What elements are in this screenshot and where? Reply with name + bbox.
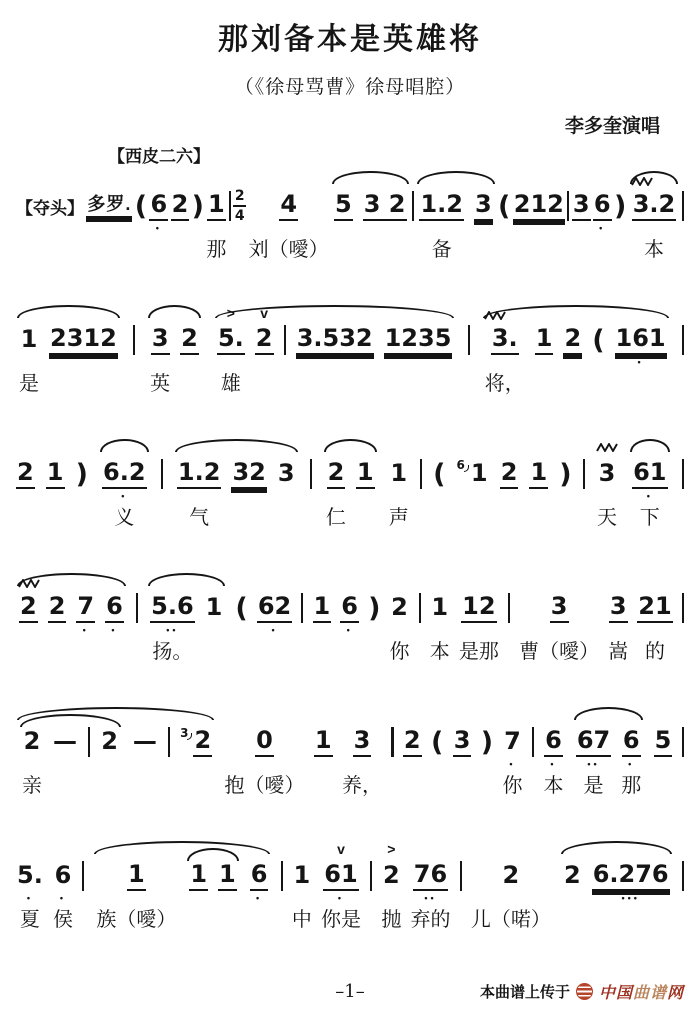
score-element: 3.532 <box>296 323 374 357</box>
note: 2 <box>403 705 422 798</box>
score-element: 6 <box>340 591 359 625</box>
note-digits: 6 <box>250 861 269 892</box>
note: 12是那 <box>459 571 499 664</box>
lyric-text: 是 <box>19 368 39 396</box>
score-element: ) <box>368 595 380 622</box>
score-element: 6 <box>105 591 124 625</box>
note-digits: — <box>132 728 158 757</box>
note: 2 <box>500 437 519 530</box>
barline <box>412 169 414 262</box>
score-element: 2 <box>235 189 245 203</box>
score-element: ( <box>498 193 510 220</box>
score-element <box>468 323 470 357</box>
score-element: 2 <box>502 859 521 893</box>
score-element: 3 <box>609 591 628 625</box>
score-element <box>596 437 618 457</box>
note-group: 11 <box>186 839 239 932</box>
score-element <box>532 725 534 759</box>
barline <box>136 571 138 664</box>
score-element: 6.2 <box>102 457 147 491</box>
score-element: 1 <box>189 859 208 893</box>
score-element: ) <box>614 193 626 220</box>
score-element: 3. <box>491 323 519 357</box>
score-element: 5 <box>654 725 673 759</box>
score-element: ) <box>614 189 626 223</box>
note-digits: 1 <box>46 459 65 490</box>
score-element <box>419 593 421 623</box>
score-element <box>631 177 653 186</box>
score-element <box>136 591 138 625</box>
score-element <box>310 457 312 491</box>
score-element <box>485 312 505 319</box>
score-element <box>682 323 684 357</box>
parenthesis: ( <box>431 705 443 798</box>
score-element: ) <box>76 461 88 488</box>
score-element: 5.6 <box>150 591 195 625</box>
score-element <box>391 725 393 759</box>
note-digits: 2 <box>23 728 42 757</box>
score-element: 1 <box>430 591 449 625</box>
score-element <box>412 191 414 221</box>
note-digits: 3 <box>609 593 628 624</box>
note-group: 1.2备3 <box>416 169 495 262</box>
score-element: > <box>387 839 395 859</box>
note: 6•侯 <box>53 839 73 932</box>
note: 1 <box>529 437 548 530</box>
note-digits: 2 <box>48 593 67 624</box>
octave-dots: • <box>256 893 262 904</box>
score-element: 3 <box>474 189 493 223</box>
note-digits: 212 <box>513 191 565 222</box>
score-element <box>310 459 312 489</box>
score-element: 32 <box>180 725 212 759</box>
score-element <box>229 191 231 221</box>
note-digits: 6 <box>340 593 359 624</box>
music-line-1: 【夺头】多罗.(6•2)1那244刘（噯）53 21.2备3(21236•)3.… <box>16 169 684 262</box>
note-group: 3英2 <box>147 303 202 396</box>
lyric-text: 中 <box>292 904 312 932</box>
score-element <box>133 323 135 357</box>
score-element: 1.2 <box>419 189 464 223</box>
score-element <box>596 443 618 452</box>
note: 1那 <box>206 169 226 262</box>
note-digits: 1 <box>356 459 375 490</box>
barline <box>460 839 462 932</box>
score-element: 6 <box>622 725 641 759</box>
accent-mark: > <box>387 842 395 856</box>
note-digits: 6 <box>54 862 73 891</box>
performer-credit: 李多奎演唱 <box>16 111 660 138</box>
octave-dots: • <box>347 625 353 636</box>
note-digits: 3.2 <box>632 191 677 222</box>
score-element: 【夺头】 <box>16 189 84 223</box>
octave-dots: • <box>156 223 162 234</box>
note-digits: 161 <box>615 325 667 356</box>
note: 62• <box>257 571 292 664</box>
barline <box>310 437 312 530</box>
score-element <box>632 178 652 185</box>
score-element: 4 <box>235 209 245 223</box>
score-element <box>682 325 684 355</box>
note-group: 6.2•义 <box>99 437 150 530</box>
note-digits: 2 <box>502 862 521 891</box>
note-group: 1族（噯）116• <box>93 839 271 932</box>
score-element: 24 <box>233 189 246 223</box>
lyric-text: 养， <box>342 770 382 798</box>
note-digits: 1 <box>189 861 208 892</box>
score-element: 1 <box>127 859 146 893</box>
note-group: 53 2 <box>331 169 409 262</box>
note-digits: 6 <box>593 191 612 222</box>
note: 3 <box>572 169 591 262</box>
score-element: ( <box>433 457 445 491</box>
note: 1 <box>314 705 333 798</box>
lyric-text: 夏 <box>20 904 40 932</box>
note: 5.•夏 <box>16 839 44 932</box>
note: 7•你 <box>503 705 523 798</box>
barline <box>682 705 684 798</box>
note-digits: 2 <box>16 459 35 490</box>
note-digits: 3. <box>491 325 519 356</box>
lyric-text: 将， <box>485 368 525 396</box>
score-element: 161 <box>615 323 667 357</box>
barline <box>682 437 684 530</box>
lyric-text: 声 <box>389 502 409 530</box>
note-digits: 6 <box>544 727 563 758</box>
score-element <box>284 325 286 355</box>
note-digits: 5. <box>217 325 245 356</box>
score-element <box>229 189 231 223</box>
score-element <box>597 444 617 451</box>
note-digits: 3 <box>474 191 493 222</box>
score-element: ( <box>433 461 445 488</box>
note-digits: 3 <box>550 593 569 624</box>
score-element <box>532 727 534 757</box>
score-element: 1 <box>207 189 226 223</box>
lyric-text: 备 <box>432 234 452 262</box>
score-element <box>19 580 39 587</box>
note: 0抱（噯） <box>225 705 305 798</box>
parenthesis: ) <box>614 169 626 262</box>
score-element: 1 <box>313 591 332 625</box>
score-element: 2 <box>16 457 35 491</box>
trill-icon <box>631 177 653 186</box>
barline <box>391 705 393 798</box>
note-digits: 2 <box>180 325 199 356</box>
score-element <box>168 727 170 757</box>
subtitle: （《徐母骂曹》徐母唱腔） <box>16 72 684 99</box>
score-element <box>468 325 470 355</box>
note-digits: 2 <box>563 325 582 356</box>
note-digits: 6.276 <box>592 861 670 892</box>
note-digits: 3 <box>598 460 617 489</box>
note: 212 <box>513 169 565 262</box>
parenthesis: ( <box>433 437 445 530</box>
score-element: 1235 <box>384 323 453 357</box>
score-element <box>301 593 303 623</box>
octave-dots: • <box>271 625 277 636</box>
score-element: 2 <box>327 457 346 491</box>
score-area: 【夺头】多罗.(6•2)1那244刘（噯）53 21.2备3(21236•)3.… <box>16 169 684 973</box>
barline <box>682 839 684 932</box>
score-element: 1 <box>389 457 408 491</box>
note-digits: 1 <box>205 594 224 623</box>
note: 2 <box>16 437 35 530</box>
note-digits: 2 <box>19 593 38 624</box>
score-element <box>88 727 90 757</box>
score-element <box>161 459 163 489</box>
note: 4刘（噯） <box>249 169 329 262</box>
score-element: — <box>132 725 158 759</box>
note-digits: 32 <box>231 459 266 490</box>
note-digits: 2 <box>100 728 119 757</box>
note-digits: 7 <box>76 593 95 624</box>
note: 多罗. <box>86 169 132 262</box>
lyric-text: 那 <box>621 770 641 798</box>
score-element: 2312 <box>49 323 118 357</box>
score-element: ( <box>235 595 247 622</box>
note-digits: 3 <box>453 727 472 758</box>
score-element: ) <box>192 193 204 220</box>
score-element: ( <box>135 193 147 220</box>
score-element: 【夺头】 <box>16 194 84 219</box>
note-digits: — <box>52 728 78 757</box>
lyric-text: 那 <box>206 234 226 262</box>
note-digits: 1 <box>218 861 237 892</box>
note-digits: 61 <box>632 459 667 490</box>
note-digits: 21 <box>637 593 672 624</box>
music-line-6: 5.•夏6•侯1族（噯）116•1中v61•你是>2抛76••弃的2儿（喏）26… <box>16 839 684 932</box>
trill-icon <box>18 579 40 588</box>
note-digits: 1 <box>389 460 408 489</box>
note-digits: 2 <box>563 862 582 891</box>
score-element: 2 <box>19 591 38 625</box>
barline <box>468 303 470 396</box>
barline <box>682 169 684 262</box>
score-element <box>682 725 684 759</box>
score-element <box>682 591 684 625</box>
score-element: ) <box>559 461 571 488</box>
note-digits: 1 <box>314 727 333 758</box>
note-digits: 3 <box>353 727 372 758</box>
barline <box>682 571 684 664</box>
score-element: 3 <box>550 591 569 625</box>
score-element <box>567 189 569 223</box>
score-element: 1 <box>46 457 65 491</box>
octave-dots: • <box>638 357 644 368</box>
parenthesis: ) <box>481 705 493 798</box>
score-element: ( <box>235 591 247 625</box>
score-element: ( <box>592 323 604 357</box>
score-element: 1 <box>20 323 39 357</box>
score-element <box>682 861 684 891</box>
score-element <box>391 727 393 757</box>
sheet-music-page: { "header": { "title": "那刘备本是英雄将", "subt… <box>0 0 700 1014</box>
score-element <box>161 457 163 491</box>
site-logo-icon <box>576 983 593 1000</box>
score-element: 2 <box>100 725 119 759</box>
note: 2儿（喏） <box>471 839 551 932</box>
note: 21的 <box>637 571 672 664</box>
lyric-text: 是那 <box>459 636 499 664</box>
note-digits: 1.2 <box>419 191 464 222</box>
note-digits: 3 <box>277 460 296 489</box>
score-element: 61 <box>632 457 667 491</box>
note: 3养， <box>342 705 382 798</box>
note-digits: 1 <box>430 594 449 623</box>
score-element: 4 <box>279 189 298 223</box>
lyric-text: 本 <box>430 636 450 664</box>
score-element: 2 <box>255 323 274 357</box>
score-element: 2 <box>563 323 582 357</box>
note-digits: 1 <box>20 326 39 355</box>
note: 1声 <box>389 437 409 530</box>
upload-credit: 本曲谱上传于 中国曲谱网 <box>480 980 684 1003</box>
score-element <box>682 459 684 489</box>
parenthesis: ) <box>559 437 571 530</box>
note: 61 <box>457 437 489 530</box>
lyric-text: 是 <box>584 770 604 798</box>
barline <box>419 571 421 664</box>
score-element <box>82 859 84 893</box>
note-digits: 2 <box>403 727 422 758</box>
trill-icon <box>484 311 506 320</box>
lyric-text: 英 <box>150 368 170 396</box>
note: 1 <box>313 571 332 664</box>
note-group: 3.2本 <box>629 169 680 262</box>
note-digits: 1 <box>470 460 489 489</box>
score-element <box>682 191 684 221</box>
note-digits: 2 <box>500 459 519 490</box>
note-digits: 3.532 <box>296 325 374 356</box>
octave-dots: • <box>83 625 89 636</box>
note-digits: 5. <box>16 862 44 891</box>
score-element: 7 <box>503 725 522 759</box>
score-element: 67 <box>576 725 611 759</box>
barline <box>583 437 585 530</box>
score-element: 3 <box>572 189 591 223</box>
lyric-text: 嵩 <box>608 636 628 664</box>
score-element <box>233 205 246 207</box>
score-element: 1 <box>218 859 237 893</box>
note-digits: 3 <box>151 325 170 356</box>
grace-note: 3 <box>180 726 192 740</box>
lyric-text: 雄 <box>221 368 241 396</box>
score-element: v <box>337 839 345 859</box>
score-element: 2 <box>500 457 519 491</box>
score-element: 62 <box>257 591 292 625</box>
note-digits: 1 <box>535 325 554 356</box>
parenthesis: ( <box>498 169 510 262</box>
note-digits: 2 <box>193 727 212 758</box>
note-digits: 6 <box>105 593 124 624</box>
score-element: 1 <box>205 591 224 625</box>
score-element <box>460 859 462 893</box>
score-element <box>168 725 170 759</box>
score-element: ) <box>481 729 493 756</box>
note: 6• <box>149 169 168 262</box>
score-element: ) <box>368 591 380 625</box>
score-element <box>682 593 684 623</box>
note: 5 <box>654 705 673 798</box>
note: 6•本 <box>543 705 563 798</box>
score-element: 1 <box>314 725 333 759</box>
note-digits: 61 <box>323 861 358 892</box>
note-digits: 1 <box>529 459 548 490</box>
note-group: 2亲—2—32 <box>16 705 215 798</box>
score-element <box>18 579 40 588</box>
note: 1本 <box>430 571 450 664</box>
score-element <box>412 189 414 223</box>
note-digits: 62 <box>257 593 292 624</box>
note: 3嵩 <box>608 571 628 664</box>
score-element: 61 <box>457 457 489 491</box>
score-element: 2 <box>390 591 409 625</box>
note-digits: 5 <box>654 727 673 758</box>
page-title: 那刘备本是英雄将 <box>16 14 684 58</box>
note: 2 <box>171 169 190 262</box>
note-digits: 2 <box>390 594 409 623</box>
score-element <box>370 859 372 893</box>
score-element: 6 <box>250 859 269 893</box>
score-element: 6 <box>54 859 73 893</box>
score-element: 5. <box>16 859 44 893</box>
score-element <box>583 459 585 489</box>
note-digits: 5 <box>334 191 353 222</box>
note-digits: 6 <box>622 727 641 758</box>
lyric-text: 儿（喏） <box>471 904 551 932</box>
note-digits: 76 <box>413 861 448 892</box>
note: 76••弃的 <box>410 839 450 932</box>
score-element: 2 <box>23 725 42 759</box>
score-element <box>420 457 422 491</box>
score-element: 0 <box>255 725 274 759</box>
note: >2抛 <box>381 839 401 932</box>
note: 1 <box>46 437 65 530</box>
score-element: ) <box>192 189 204 223</box>
score-element: 1 <box>529 457 548 491</box>
barline <box>301 571 303 664</box>
octave-dots: • <box>111 625 117 636</box>
score-element: 7 <box>76 591 95 625</box>
parenthesis: ) <box>368 571 380 664</box>
score-element: 1 <box>535 323 554 357</box>
score-element <box>281 861 283 891</box>
accent-mark: v <box>337 842 345 856</box>
note: 2你 <box>389 571 409 664</box>
site-name-suffix: 网 <box>667 985 684 1002</box>
barline <box>508 571 510 664</box>
score-element <box>682 457 684 491</box>
note-digits: 1 <box>313 593 332 624</box>
score-element: 3 <box>353 725 372 759</box>
barline <box>370 839 372 932</box>
score-element <box>136 593 138 623</box>
octave-dots: ••• <box>621 893 639 904</box>
trill-icon <box>596 443 618 452</box>
banqiang-label: 【西皮二六】 <box>108 142 684 167</box>
score-element <box>284 323 286 357</box>
score-element <box>419 591 421 625</box>
lyric-text: 仁 <box>326 502 346 530</box>
score-element: 2 <box>382 859 401 893</box>
score-element <box>484 311 506 320</box>
parenthesis: ( <box>135 169 147 262</box>
score-element: 3 2 <box>363 189 407 223</box>
barline <box>281 839 283 932</box>
score-element: 1 <box>356 457 375 491</box>
score-element: ( <box>135 189 147 223</box>
